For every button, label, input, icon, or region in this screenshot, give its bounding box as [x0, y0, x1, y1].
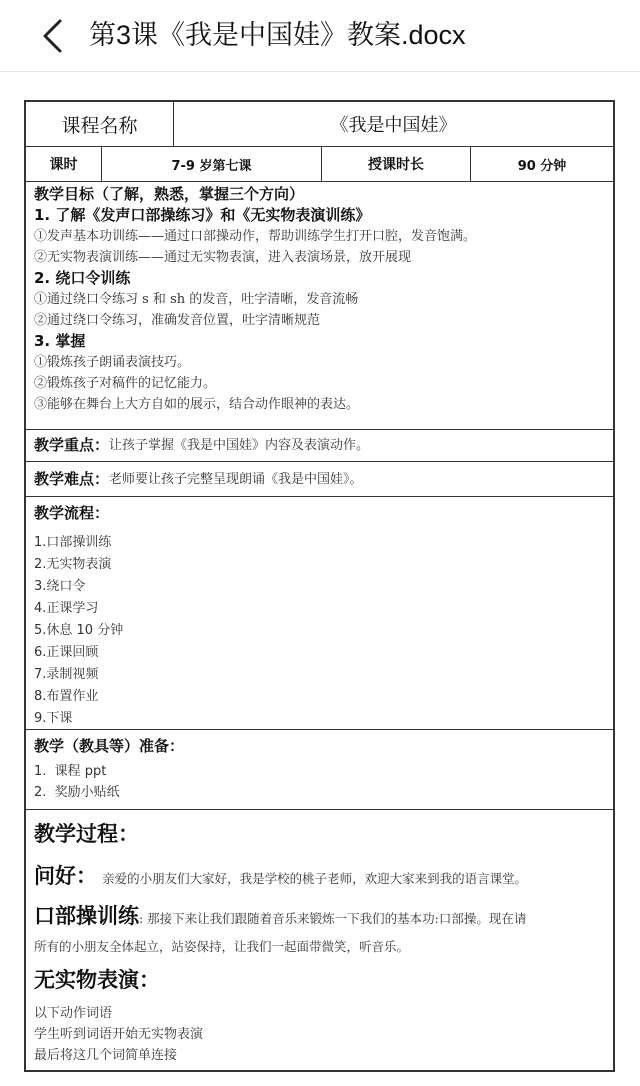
prep-num: 1. — [34, 764, 46, 779]
process-item: 5.休息 10 分钟 — [34, 620, 605, 642]
prep-item: 奖励小贴纸 — [55, 785, 120, 800]
process-item: 8.布置作业 — [34, 686, 605, 708]
greeting-label: 问好： — [34, 864, 97, 888]
lesson-label: 课时 — [26, 147, 102, 181]
objective-title: 3. 掌握 — [34, 331, 605, 352]
process-heading: 教学流程： — [34, 503, 605, 524]
key-point-row: 教学重点： 让孩子掌握《我是中国娃》内容及表演动作。 — [26, 430, 613, 462]
duration-value: 90 分钟 — [471, 147, 613, 181]
preparation-heading: 教学（教具等）准备： — [34, 736, 605, 757]
preparation-section: 教学（教具等）准备： 1. 课程 ppt 2. 奖励小贴纸 — [26, 730, 613, 810]
mime-line: 以下动作词语 — [34, 1003, 605, 1024]
objective-item: ②锻炼孩子对稿件的记忆能力。 — [34, 373, 605, 394]
objectives-heading: 教学目标（了解，熟悉，掌握三个方向） — [34, 184, 605, 205]
process-item: 1.口部操训练 — [34, 532, 605, 554]
objective-item: ②无实物表演训练——通过无实物表演，进入表演场景，放开展现 — [34, 247, 605, 268]
objective-item: ①发声基本功训练——通过口部操动作，帮助训练学生打开口腔，发音饱满。 — [34, 226, 605, 247]
key-point-label: 教学重点： — [34, 435, 109, 456]
back-button[interactable] — [38, 18, 68, 54]
process-item: 2.无实物表演 — [34, 554, 605, 576]
process-item: 4.正课学习 — [34, 598, 605, 620]
prep-num: 2. — [34, 785, 46, 800]
mouth-exercise-text-cont: 所有的小朋友全体起立，站姿保持，让我们一起面带微笑，听音乐。 — [34, 936, 605, 957]
course-name-value: 《我是中国娃》 — [174, 102, 613, 146]
process-item: 9.下课 — [34, 708, 605, 730]
lesson-value: 7-9 岁第七课 — [102, 147, 322, 181]
difficulty-label: 教学难点： — [34, 469, 109, 490]
document-title: 第3课《我是中国娃》教案.docx — [89, 16, 466, 54]
course-name-label: 课程名称 — [26, 102, 174, 146]
prep-item: 课程 ppt — [55, 764, 107, 779]
objective-item: ①锻炼孩子朗诵表演技巧。 — [34, 352, 605, 373]
difficulty-row: 教学难点： 老师要让孩子完整呈现朗诵《我是中国娃》。 — [26, 462, 613, 497]
teaching-process-section: 教学过程： 问好： 亲爱的小朋友们大家好，我是学校的桃子老师，欢迎大家来到我的语… — [26, 810, 613, 1072]
objective-title: 2. 绕口令训练 — [34, 268, 605, 289]
objective-title: 1. 了解《发声口部操练习》和《无实物表演训练》 — [34, 205, 605, 226]
lesson-info-row: 课时 7-9 岁第七课 授课时长 90 分钟 — [26, 147, 613, 182]
objective-item: ②通过绕口令练习，准确发音位置，吐字清晰规范 — [34, 310, 605, 331]
chevron-left-icon — [38, 18, 68, 54]
process-item: 6.正课回顾 — [34, 642, 605, 664]
course-name-row: 课程名称 《我是中国娃》 — [26, 102, 613, 147]
top-bar: 第3课《我是中国娃》教案.docx — [0, 0, 640, 72]
mime-label: 无实物表演： — [34, 965, 605, 995]
teaching-heading: 教学过程： — [34, 818, 605, 850]
process-item: 7.录制视频 — [34, 664, 605, 686]
mouth-exercise-label: 口部操训练 — [34, 904, 139, 928]
mouth-exercise-text: : 那接下来让我们跟随着音乐来锻炼一下我们的基本功:口部操。现在请 — [139, 911, 526, 926]
duration-label: 授课时长 — [322, 147, 471, 181]
mime-line: 最后将这几个词简单连接 — [34, 1045, 605, 1066]
objectives-section: 教学目标（了解，熟悉，掌握三个方向） 1. 了解《发声口部操练习》和《无实物表演… — [26, 182, 613, 430]
document-page[interactable]: 课程名称 《我是中国娃》 课时 7-9 岁第七课 授课时长 90 分钟 教学目标… — [24, 100, 615, 1072]
difficulty-text: 老师要让孩子完整呈现朗诵《我是中国娃》。 — [109, 469, 363, 490]
mime-line: 学生听到词语开始无实物表演 — [34, 1024, 605, 1045]
greeting-text: 亲爱的小朋友们大家好，我是学校的桃子老师，欢迎大家来到我的语言课堂。 — [102, 871, 527, 886]
key-point-text: 让孩子掌握《我是中国娃》内容及表演动作。 — [109, 435, 369, 456]
process-item: 3.绕口令 — [34, 576, 605, 598]
objective-item: ①通过绕口令练习 s 和 sh 的发音，吐字清晰，发音流畅 — [34, 289, 605, 310]
objective-item: ③能够在舞台上大方自如的展示，结合动作眼神的表达。 — [34, 394, 605, 415]
process-section: 教学流程： 1.口部操训练 2.无实物表演 3.绕口令 4.正课学习 5.休息 … — [26, 497, 613, 730]
